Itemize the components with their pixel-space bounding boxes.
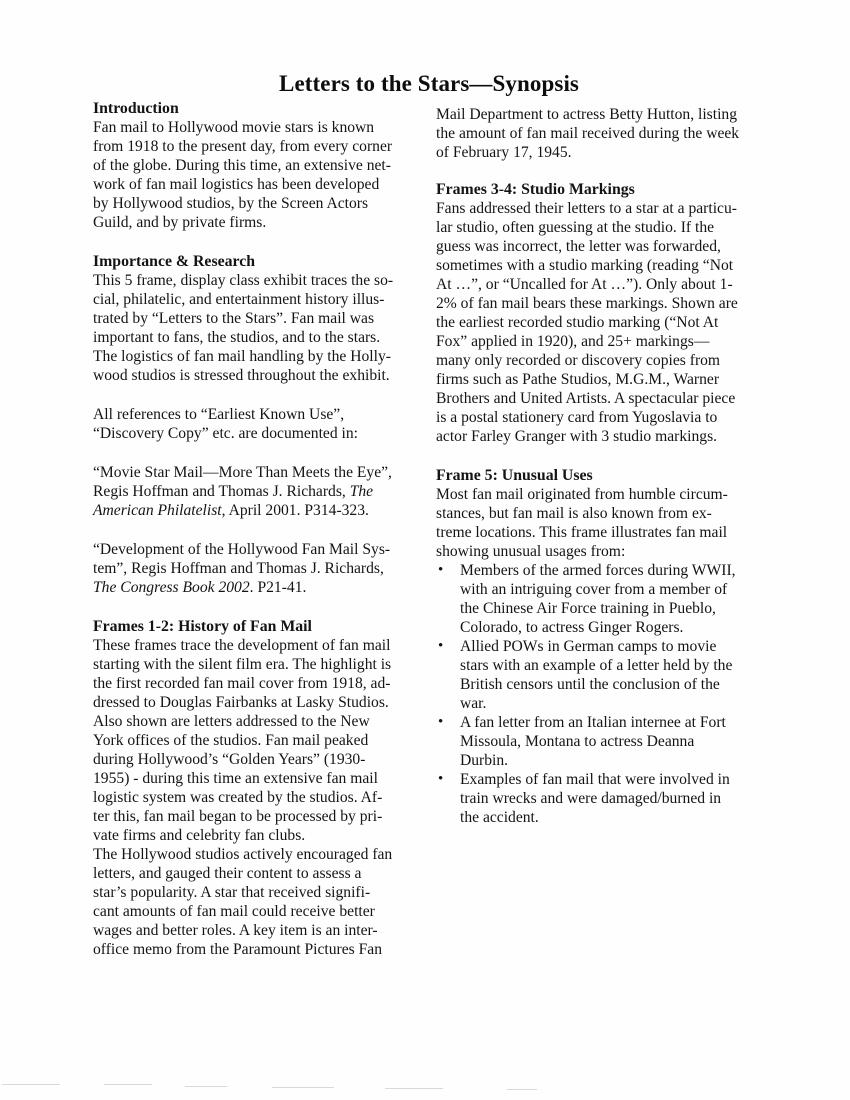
reference-authors-text: Regis Hoffman and Thomas J. Richards,	[93, 483, 350, 500]
document-page: Letters to the Stars—Synopsis Introducti…	[0, 0, 850, 1100]
paragraph-line: Guild, and by private firms.	[93, 213, 266, 232]
scan-artifact-rule	[104, 1084, 152, 1085]
list-item-line: stars with an example of a letter held b…	[460, 656, 732, 675]
paragraph-line: wood studios is stressed throughout the …	[93, 366, 390, 385]
paragraph-line: guess was incorrect, the letter was forw…	[436, 237, 721, 256]
section-heading-importance-research: Importance & Research	[93, 252, 255, 271]
reference-publication: The Congress Book 2002. P21-41.	[93, 578, 306, 597]
paragraph-line: Also shown are letters addressed to the …	[93, 712, 370, 731]
paragraph-line: the amount of fan mail received during t…	[436, 124, 739, 143]
paragraph-line: stances, but fan mail is also known from…	[436, 504, 712, 523]
paragraph-line: by Hollywood studios, by the Screen Acto…	[93, 194, 368, 213]
section-heading-frame-5: Frame 5: Unusual Uses	[436, 466, 593, 485]
scan-artifact-rule	[507, 1089, 537, 1090]
list-item-line: A fan letter from an Italian internee at…	[460, 713, 726, 732]
reference-publication-italic: The	[350, 483, 373, 500]
list-item-line: Allied POWs in German camps to movie	[460, 637, 716, 656]
reference-publication: American Philatelist, April 2001. P314-3…	[93, 501, 369, 520]
paragraph-line: cant amounts of fan mail could receive b…	[93, 902, 375, 921]
paragraph-line: many only recorded or discovery copies f…	[436, 351, 720, 370]
paragraph-line: At …”, or “Uncalled for At …”). Only abo…	[436, 275, 733, 294]
reference-authors: Regis Hoffman and Thomas J. Richards, Th…	[93, 482, 373, 501]
paragraph-line: trated by “Letters to the Stars”. Fan ma…	[93, 309, 374, 328]
paragraph-line: the earliest recorded studio marking (“N…	[436, 313, 718, 332]
list-item-line: train wrecks and were damaged/burned in	[460, 789, 721, 808]
list-item-line: Members of the armed forces during WWII,	[460, 561, 736, 580]
paragraph-line: of the globe. During this time, an exten…	[93, 156, 391, 175]
paragraph-line: These frames trace the development of fa…	[93, 636, 390, 655]
bullet-icon: •	[438, 713, 443, 732]
paragraph-line: logistic system was created by the studi…	[93, 788, 382, 807]
list-item-line: the Chinese Air Force training in Pueblo…	[460, 599, 716, 618]
paragraph-line: work of fan mail logistics has been deve…	[93, 175, 379, 194]
bullet-icon: •	[438, 561, 443, 580]
paragraph-line: All references to “Earliest Known Use”,	[93, 405, 344, 424]
paragraph-line: from 1918 to the present day, from every…	[93, 137, 392, 156]
scan-artifact-rule	[185, 1086, 227, 1087]
paragraph-line: This 5 frame, display class exhibit trac…	[93, 271, 393, 290]
list-item-line: Colorado, to actress Ginger Rogers.	[460, 618, 683, 637]
reference-pages: , April 2001. P314-323.	[222, 502, 369, 519]
scan-artifact-rule	[272, 1087, 334, 1088]
paragraph-line: is a postal stationery card from Yugosla…	[436, 408, 717, 427]
paragraph-line: showing unusual usages from:	[436, 542, 625, 561]
paragraph-line: lar studio, often guessing at the studio…	[436, 218, 714, 237]
list-item-line: the accident.	[460, 808, 539, 827]
paragraph-line: letters, and gauged their content to ass…	[93, 864, 361, 883]
paragraph-line: Fan mail to Hollywood movie stars is kno…	[93, 118, 374, 137]
list-item-line: Examples of fan mail that were involved …	[460, 770, 730, 789]
paragraph-line: sometimes with a studio marking (reading…	[436, 256, 733, 275]
paragraph-line: office memo from the Paramount Pictures …	[93, 940, 382, 959]
paragraph-line: important to fans, the studios, and to t…	[93, 328, 380, 347]
paragraph-line: actor Farley Granger with 3 studio marki…	[436, 427, 717, 446]
paragraph-line: dressed to Douglas Fairbanks at Lasky St…	[93, 693, 389, 712]
paragraph-line: ter this, fan mail began to be processed…	[93, 807, 382, 826]
bullet-icon: •	[438, 637, 443, 656]
section-heading-introduction: Introduction	[93, 99, 179, 118]
paragraph-line: Fans addressed their letters to a star a…	[436, 199, 737, 218]
paragraph-line: “Discovery Copy” etc. are documented in:	[93, 424, 358, 443]
reference-pages: . P21-41.	[250, 579, 307, 596]
reference-title: “Movie Star Mail—More Than Meets the Eye…	[93, 463, 392, 482]
paragraph-line: Brothers and United Artists. A spectacul…	[436, 389, 735, 408]
paragraph-line: 1955) - during this time an extensive fa…	[93, 769, 378, 788]
paragraph-line: cial, philatelic, and entertainment hist…	[93, 290, 384, 309]
scan-artifact-rule	[2, 1084, 60, 1085]
scan-artifact-rule	[385, 1088, 443, 1089]
list-item-line: British censors until the conclusion of …	[460, 675, 720, 694]
paragraph-line: 2% of fan mail bears these markings. Sho…	[436, 294, 738, 313]
reference-publication-italic: American Philatelist	[93, 502, 222, 519]
reference-publication-italic: The Congress Book 2002	[93, 579, 250, 596]
paragraph-line: firms such as Pathe Studios, M.G.M., War…	[436, 370, 719, 389]
document-title: Letters to the Stars—Synopsis	[0, 70, 850, 98]
reference-authors: tem”, Regis Hoffman and Thomas J. Richar…	[93, 559, 384, 578]
paragraph-line: star’s popularity. A star that received …	[93, 883, 370, 902]
paragraph-line: Fox” applied in 1920), and 25+ markings—	[436, 332, 709, 351]
paragraph-line: during Hollywood’s “Golden Years” (1930-	[93, 750, 365, 769]
paragraph-line: the first recorded fan mail cover from 1…	[93, 674, 390, 693]
paragraph-line: Mail Department to actress Betty Hutton,…	[436, 105, 737, 124]
list-item-line: with an intriguing cover from a member o…	[460, 580, 727, 599]
list-item-line: Durbin.	[460, 751, 508, 770]
paragraph-line: The logistics of fan mail handling by th…	[93, 347, 391, 366]
paragraph-line: wages and better roles. A key item is an…	[93, 921, 378, 940]
list-item-line: Missoula, Montana to actress Deanna	[460, 732, 694, 751]
paragraph-line: of February 17, 1945.	[436, 143, 572, 162]
paragraph-line: Most fan mail originated from humble cir…	[436, 485, 728, 504]
section-heading-frames-1-2: Frames 1-2: History of Fan Mail	[93, 617, 312, 636]
paragraph-line: The Hollywood studios actively encourage…	[93, 845, 392, 864]
paragraph-line: York offices of the studios. Fan mail pe…	[93, 731, 368, 750]
paragraph-line: treme locations. This frame illustrates …	[436, 523, 727, 542]
reference-title: “Development of the Hollywood Fan Mail S…	[93, 540, 390, 559]
paragraph-line: vate firms and celebrity fan clubs.	[93, 826, 305, 845]
list-item-line: war.	[460, 694, 486, 713]
bullet-icon: •	[438, 770, 443, 789]
paragraph-line: starting with the silent film era. The h…	[93, 655, 391, 674]
section-heading-frames-3-4: Frames 3-4: Studio Markings	[436, 180, 635, 199]
